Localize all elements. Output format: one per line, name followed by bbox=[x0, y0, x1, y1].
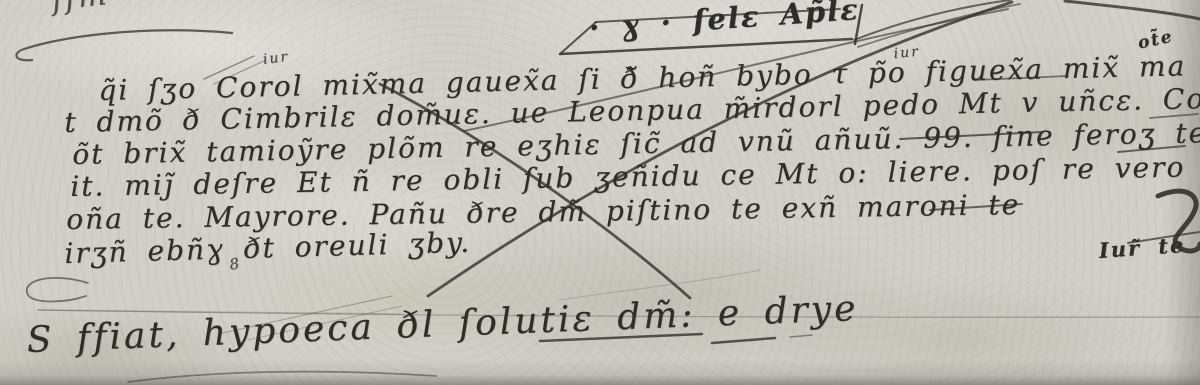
bottom-note-line: S ffiat, hypoeca ðl ſolutiɛ dm̃: e drye bbox=[26, 288, 859, 361]
bottom-left-curl bbox=[27, 278, 88, 302]
overbar-bottom-note-3 bbox=[790, 335, 812, 337]
top-right-edge-stroke bbox=[1065, 1, 1200, 19]
manuscript-photo: ffm̃ · ɣ · ſelɛ Ap̃lɛ iur iur ot̃e q̃i ſ… bbox=[0, 0, 1200, 385]
overbar-bottom-note-2 bbox=[712, 338, 775, 343]
corner-text-fragment: ffm̃ bbox=[50, 0, 110, 18]
heading-tail-arc-1 bbox=[854, 0, 1010, 40]
interline-mark: 8 bbox=[228, 254, 242, 274]
top-left-swash bbox=[16, 30, 232, 60]
heading-tail-arc-2 bbox=[858, 4, 1020, 47]
under-note-swash bbox=[128, 372, 436, 382]
superscript-iur-left: iur bbox=[262, 49, 290, 68]
right-margin-note: Iur̃ te bbox=[1098, 232, 1186, 263]
entry-heading: · ɣ · ſelɛ Ap̃lɛ bbox=[588, 0, 861, 45]
